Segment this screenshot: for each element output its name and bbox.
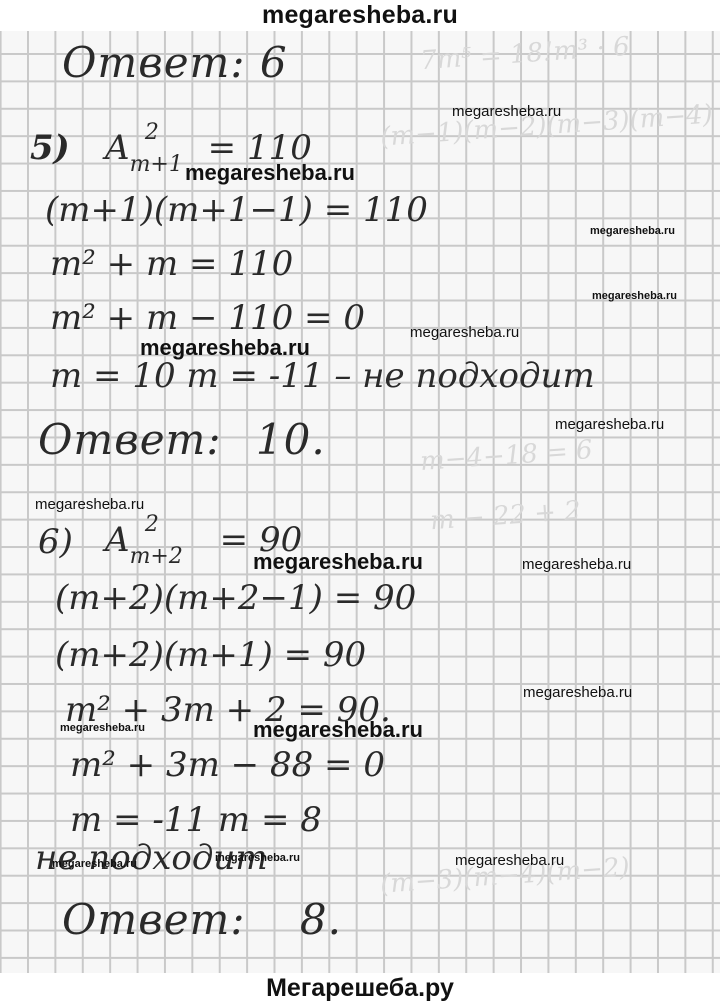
watermark: megaresheba.ru xyxy=(452,103,561,120)
task-6-step-1: (m+2)(m+2−1) = 90 xyxy=(55,578,416,618)
task-5-roots: m = 10 m = -11 – не подходит xyxy=(50,356,595,396)
superscript: 2 xyxy=(145,120,159,145)
bleed-through-text: m−4−18 = 6 xyxy=(419,435,593,477)
watermark: megaresheba.ru xyxy=(555,416,664,433)
watermark: megaresheba.ru xyxy=(60,722,145,734)
task-6-roots: m = -11 m = 8 xyxy=(70,800,322,840)
answer-label: Ответ: xyxy=(38,415,222,464)
watermark: megaresheba.ru xyxy=(522,556,631,573)
watermark: megaresheba.ru xyxy=(52,858,137,870)
watermark: megaresheba.ru xyxy=(35,496,144,513)
subscript: m+2 xyxy=(130,544,183,569)
site-footer-banner: Мегарешеба.ру xyxy=(0,973,720,1005)
watermark: megaresheba.ru xyxy=(140,335,310,361)
task-5-step-2: m² + m = 110 xyxy=(50,244,293,284)
watermark: megaresheba.ru xyxy=(253,717,423,743)
previous-answer: Ответ: 6 xyxy=(62,38,288,87)
bleed-through-text: m − 22 + 2 xyxy=(429,496,582,536)
answer-value: 10. xyxy=(256,415,326,464)
watermark: megaresheba.ru xyxy=(410,324,519,341)
task-5-step-1: (m+1)(m+1−1) = 110 xyxy=(45,190,428,230)
task-5-step-3: m² + m − 110 = 0 xyxy=(50,298,365,338)
task-6-answer: Ответ: 8. xyxy=(62,895,342,944)
bleed-through-text: 7m⁵ = 18!m³ · 6 xyxy=(419,32,630,77)
superscript: 2 xyxy=(145,512,159,537)
arrangement-symbol: A xyxy=(105,128,130,168)
watermark: megaresheba.ru xyxy=(215,852,300,864)
subscript: m+1 xyxy=(130,152,183,177)
answer-label: Ответ: xyxy=(62,895,246,944)
site-header-banner: megaresheba.ru xyxy=(0,0,720,31)
task-6-number: 6) xyxy=(38,522,73,562)
arrangement-symbol: A xyxy=(105,520,130,560)
answer-value: 6 xyxy=(260,38,288,87)
task-6-step-4: m² + 3m − 88 = 0 xyxy=(70,745,385,785)
task-5-number: 5) xyxy=(30,128,70,168)
watermark: megaresheba.ru xyxy=(523,684,632,701)
task-5-answer: Ответ: 10. xyxy=(38,415,326,464)
watermark: megaresheba.ru xyxy=(185,160,355,186)
watermark: megaresheba.ru xyxy=(592,290,677,302)
watermark: megaresheba.ru xyxy=(590,225,675,237)
watermark: megaresheba.ru xyxy=(455,852,564,869)
answer-value: 8. xyxy=(300,895,342,944)
answer-label: Ответ: xyxy=(62,38,246,87)
watermark: megaresheba.ru xyxy=(253,549,423,575)
task-6-step-2: (m+2)(m+1) = 90 xyxy=(55,635,366,675)
